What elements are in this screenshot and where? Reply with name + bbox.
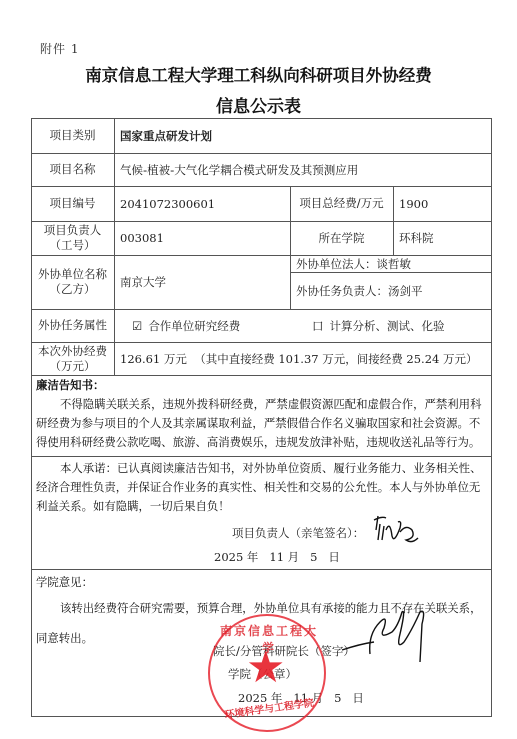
partner-task-leader: 外协任务负责人： 汤剑平 [290, 272, 491, 309]
college-opinion-date: 2025 年 11 月 5 日 [238, 690, 364, 706]
leader-signature-label: 项目负责人（亲笔签名）： [232, 525, 364, 541]
this-funding-value: 126.61 万元 （其中直接经费 101.37 万元，间接经费 25.24 万… [114, 342, 495, 375]
partner-task-leader-value: 汤剑平 [388, 283, 423, 299]
commitment-date: 2025 年 11 月 5 日 [214, 549, 340, 565]
project-leader-label: 项目负责人 （工号） [31, 221, 114, 255]
checkbox-checked-icon[interactable]: ☑ [132, 319, 142, 333]
college-seal-label: 学院（公章） [228, 666, 297, 682]
dean-signature-label: 院长/分管科研院长（签字） [213, 643, 355, 659]
project-leader-id-value: 003081 [114, 221, 290, 255]
project-category-label: 项目类别 [31, 118, 114, 153]
document-title: 南京信息工程大学理工科纵向科研项目外协经费 [0, 62, 517, 86]
college-opinion-heading: 学院意见： [36, 571, 488, 593]
task-attribute-option-research[interactable]: ☑ 合作单位研究经费 [132, 309, 302, 342]
dean-signature-icon [340, 604, 440, 664]
total-funding-value: 1900 [393, 186, 491, 221]
college-label: 所在学院 [290, 221, 393, 255]
integrity-notice: 廉洁告知书： 不得隐瞒关联关系，违规外拨科研经费，严禁虚假资源匹配和虚假合作，严… [36, 376, 488, 452]
project-number-value: 2041072300601 [114, 186, 290, 221]
integrity-notice-heading: 廉洁告知书： [36, 376, 488, 395]
option-label: 合作单位研究经费 [148, 318, 240, 334]
total-funding-label: 项目总经费/万元 [290, 186, 393, 221]
college-value: 环科院 [393, 221, 491, 255]
partner-unit-label-line1: 外协单位名称 [38, 267, 107, 282]
project-number-label: 项目编号 [31, 186, 114, 221]
this-funding-label: 本次外协经费 （万元） [31, 342, 114, 375]
checkbox-unchecked-icon[interactable]: 口 [312, 318, 324, 334]
this-funding-label-line2: （万元） [50, 359, 96, 374]
project-leader-label-line2: （工号） [50, 238, 96, 253]
partner-legal-rep-label: 外协单位法人： [296, 256, 377, 272]
partner-unit-label-line2: （乙方） [50, 282, 96, 297]
task-attribute-option-testing[interactable]: 口 计算分析、测试、化验 [312, 309, 487, 342]
option-label: 计算分析、测试、化验 [330, 318, 445, 334]
partner-unit-label: 外协单位名称 （乙方） [31, 255, 114, 309]
partner-task-leader-label: 外协任务负责人： [296, 283, 388, 299]
commitment-body: 本人承诺：已认真阅读廉洁告知书，对外协单位资质、履行业务能力、业务相关性、经济合… [36, 459, 488, 516]
partner-unit-value: 南京大学 [114, 255, 290, 309]
leader-signature-icon [372, 510, 422, 550]
project-leader-label-line1: 项目负责人 [44, 223, 102, 238]
partner-legal-rep-value: 谈哲敏 [377, 256, 412, 272]
document-subtitle: 信息公示表 [0, 92, 517, 117]
project-name-value: 气候-植被-大气化学耦合模式研发及其预测应用 [114, 153, 490, 186]
partner-legal-rep: 外协单位法人： 谈哲敏 [290, 255, 491, 272]
task-attribute-label: 外协任务属性 [31, 309, 114, 342]
integrity-notice-body: 不得隐瞒关联关系，违规外拨科研经费，严禁虚假资源匹配和虚假合作，严禁利用科研经费… [36, 395, 488, 452]
project-category-value: 国家重点研发计划 [114, 118, 490, 153]
attachment-label: 附件 1 [40, 40, 79, 57]
row-divider [31, 569, 491, 570]
this-funding-label-line1: 本次外协经费 [38, 344, 107, 359]
project-name-label: 项目名称 [31, 153, 114, 186]
row-divider [31, 456, 491, 457]
